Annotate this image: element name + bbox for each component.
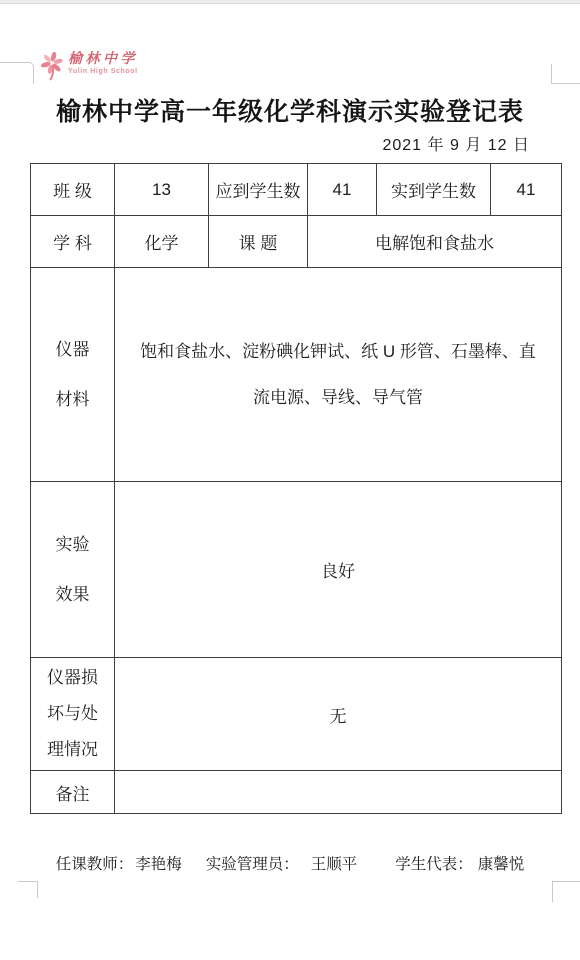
corner-mark-bottom-left — [18, 881, 38, 898]
corner-mark-top-left — [0, 62, 34, 84]
topic-value-cell: 电解饱和食盐水 — [308, 216, 562, 268]
document-date: 2021 年 9 月 12 日 — [382, 132, 530, 155]
manager-label: 实验管理员： — [206, 856, 299, 873]
manager-name: 王顺平 — [311, 852, 358, 874]
topic-label-cell: 课 题 — [209, 216, 308, 268]
materials-label-line2: 材料 — [33, 375, 112, 425]
table-row-damage: 仪器损 坏与处 理情况 无 — [31, 658, 562, 771]
actual-students-value-cell: 41 — [491, 164, 562, 216]
effect-label-line2: 效果 — [33, 570, 112, 620]
damage-label-line3: 理情况 — [33, 732, 112, 768]
subject-value-cell: 化学 — [115, 216, 209, 268]
expected-students-label-cell: 应到学生数 — [209, 164, 308, 216]
remarks-label-cell: 备注 — [31, 771, 115, 814]
subject-label-cell: 学 科 — [31, 216, 115, 268]
damage-label-line1: 仪器损 — [33, 660, 112, 696]
table-row-class: 班 级 13 应到学生数 41 实到学生数 41 — [31, 164, 562, 216]
scan-edge-strip — [0, 0, 580, 4]
class-label-cell: 班 级 — [31, 164, 115, 216]
teacher-label: 任课教师： — [56, 856, 134, 873]
effect-value-cell: 良好 — [115, 482, 562, 658]
damage-label-cell: 仪器损 坏与处 理情况 — [31, 658, 115, 771]
manager-signature: 实验管理员：王顺平 — [206, 852, 358, 874]
materials-label-cell: 仪器 材料 — [31, 268, 115, 482]
remarks-value-cell — [115, 771, 562, 814]
school-logo-text: 榆林中学 Yulin High School — [68, 50, 138, 75]
corner-mark-top-right — [551, 64, 580, 84]
table-row-remarks: 备注 — [31, 771, 562, 814]
corner-mark-bottom-right — [552, 881, 580, 902]
representative-signature: 学生代表：康馨悦 — [395, 852, 524, 874]
school-name-en: Yulin High School — [68, 68, 138, 75]
page-title: 榆林中学高一年级化学科演示实验登记表 — [0, 92, 580, 128]
document-page: 榆林中学 Yulin High School 榆林中学高一年级化学科演示实验登记… — [0, 0, 580, 960]
damage-label-line2: 坏与处 — [33, 696, 112, 732]
flower-pinwheel-icon — [40, 50, 64, 82]
materials-label-line1: 仪器 — [33, 325, 112, 375]
teacher-name: 李艳梅 — [135, 852, 182, 874]
school-logo: 榆林中学 Yulin High School — [40, 50, 138, 82]
table-row-subject: 学 科 化学 课 题 电解饱和食盐水 — [31, 216, 562, 268]
school-name-cn: 榆林中学 — [68, 50, 138, 67]
table-row-materials: 仪器 材料 饱和食盐水、淀粉碘化钾试、纸 U 形管、石墨棒、直流电源、导线、导气… — [31, 268, 562, 482]
representative-label: 学生代表： — [395, 856, 473, 873]
experiment-registration-table: 班 级 13 应到学生数 41 实到学生数 41 学 科 化学 课 题 电解饱和… — [30, 163, 562, 814]
representative-name: 康馨悦 — [478, 852, 525, 874]
damage-value-cell: 无 — [115, 658, 562, 771]
signature-line: 任课教师：李艳梅 实验管理员：王顺平 学生代表：康馨悦 — [0, 852, 580, 874]
materials-value-cell: 饱和食盐水、淀粉碘化钾试、纸 U 形管、石墨棒、直流电源、导线、导气管 — [115, 268, 562, 482]
table-row-effect: 实验 效果 良好 — [31, 482, 562, 658]
effect-label-cell: 实验 效果 — [31, 482, 115, 658]
materials-value-text: 饱和食盐水、淀粉碘化钾试、纸 U 形管、石墨棒、直流电源、导线、导气管 — [117, 329, 559, 421]
teacher-signature: 任课教师：李艳梅 — [56, 852, 182, 874]
expected-students-value-cell: 41 — [308, 164, 377, 216]
class-value-cell: 13 — [115, 164, 209, 216]
actual-students-label-cell: 实到学生数 — [377, 164, 491, 216]
effect-label-line1: 实验 — [33, 520, 112, 570]
